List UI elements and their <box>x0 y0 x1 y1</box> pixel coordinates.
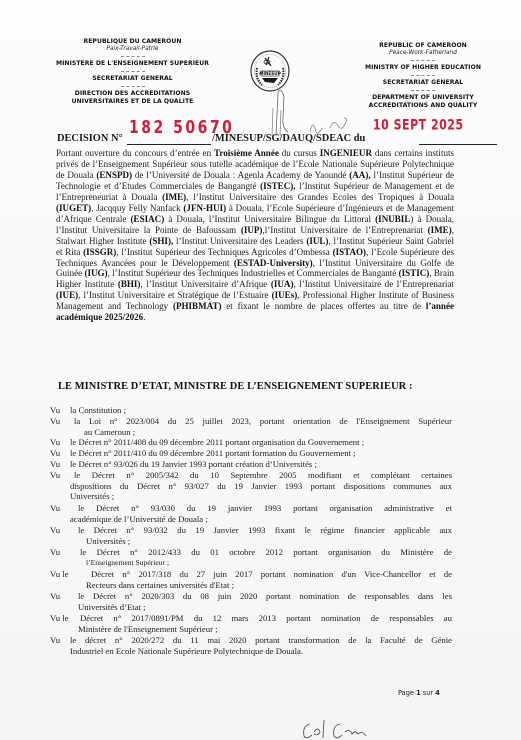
date-blank-line <box>419 144 497 145</box>
total-pages: 4 <box>435 689 440 697</box>
svg-text:MINESUP: MINESUP <box>259 71 281 76</box>
handwritten-signature <box>300 718 380 740</box>
separator <box>121 86 145 87</box>
decision-subject: Portant ouverture du concours d’entrée e… <box>56 148 454 323</box>
secretariat-en: SECRETARIAT GENERAL <box>338 79 508 87</box>
separator <box>411 75 435 76</box>
motto-fr: Paix-Travail-Patrie <box>40 46 225 53</box>
document-page: REPUBLIQUE DU CAMEROUN Paix-Travail-Patr… <box>0 0 521 740</box>
direction-line1-fr: DIRECTION DES ACCREDITATIONS <box>40 90 225 98</box>
separator <box>121 71 145 72</box>
decision-reference: /MINESUP/SG/DAUQ/SDEAC du <box>212 133 365 144</box>
header-french: REPUBLIQUE DU CAMEROUN Paix-Travail-Patr… <box>40 38 225 106</box>
country-name-fr: REPUBLIQUE DU CAMEROUN <box>40 38 225 46</box>
separator <box>411 90 435 91</box>
separator <box>411 60 435 61</box>
direction-line2-fr: UNIVERSITAIRES ET DE LA QUALITE <box>40 98 225 106</box>
number-blank-line <box>127 144 211 145</box>
current-page: 1 <box>416 689 421 697</box>
secretariat-fr: SECRETARIAT GENERAL <box>40 75 225 83</box>
separator <box>121 56 145 57</box>
minister-heading: LE MINISTRE D’ETAT, MINISTRE DE L’ENSEIG… <box>58 381 488 392</box>
country-name-en: REPUBLIC OF CAMEROON <box>338 42 508 50</box>
decision-line: DECISION N° /MINESUP/SG/DAUQ/SDEAC du <box>57 127 507 147</box>
page-number: Page 1 sur 4 <box>398 689 440 697</box>
ministry-name-en: MINISTRY OF HIGHER EDUCATION <box>338 64 508 72</box>
ministry-name-fr: MINISTERE DE L'ENSEIGNEMENT SUPERIEUR <box>40 60 225 68</box>
decision-label: DECISION N° <box>57 133 123 144</box>
motto-en: Peace-Work-Fatherland <box>338 50 508 57</box>
